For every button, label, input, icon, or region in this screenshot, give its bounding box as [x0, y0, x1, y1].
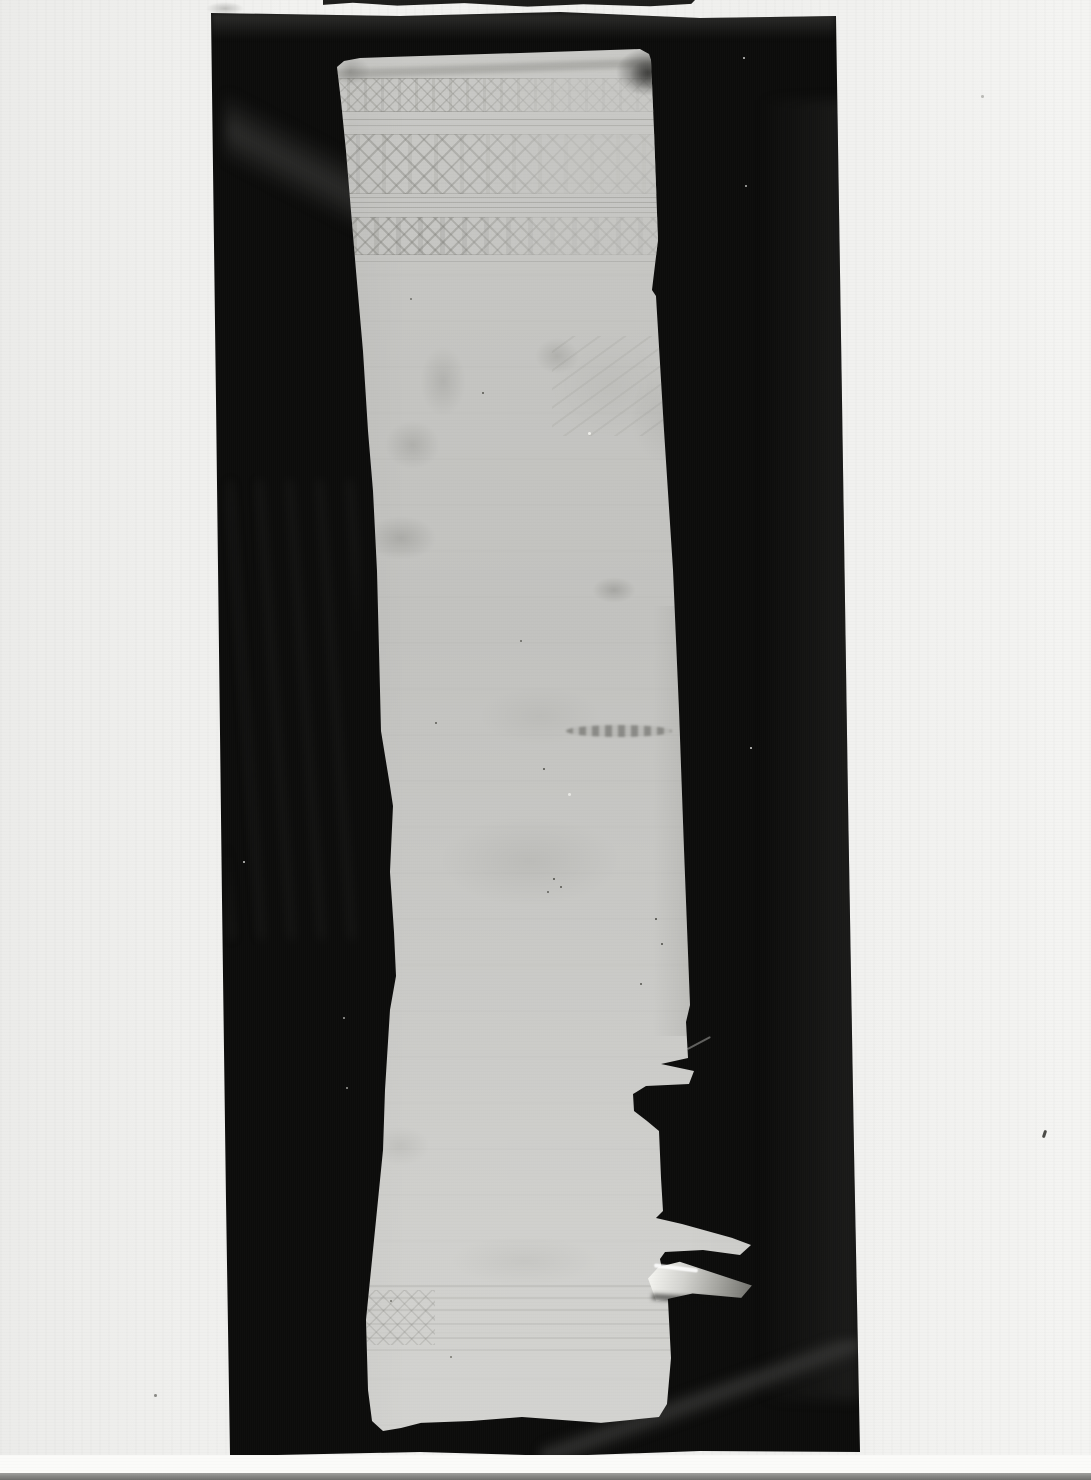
crease-wrinkles — [552, 336, 668, 436]
dark-streak — [566, 725, 672, 737]
border-band-diamond-wide — [330, 134, 665, 194]
print-bottom-white-strip — [0, 1455, 1091, 1473]
print-bottom-gray-strip — [0, 1473, 1091, 1480]
bottom-woven-stripes — [330, 1285, 691, 1365]
separator-line — [330, 261, 665, 264]
surround-speck — [154, 1394, 157, 1397]
separator-lines — [330, 197, 674, 214]
border-band-diamond-narrow — [330, 217, 665, 255]
surround-speck — [981, 95, 984, 98]
border-band-medallion — [330, 78, 665, 112]
bottom-lattice-remnant — [360, 1290, 435, 1345]
photograph — [0, 0, 1091, 1480]
separator-lines — [330, 116, 674, 132]
backdrop-fold — [228, 480, 358, 940]
